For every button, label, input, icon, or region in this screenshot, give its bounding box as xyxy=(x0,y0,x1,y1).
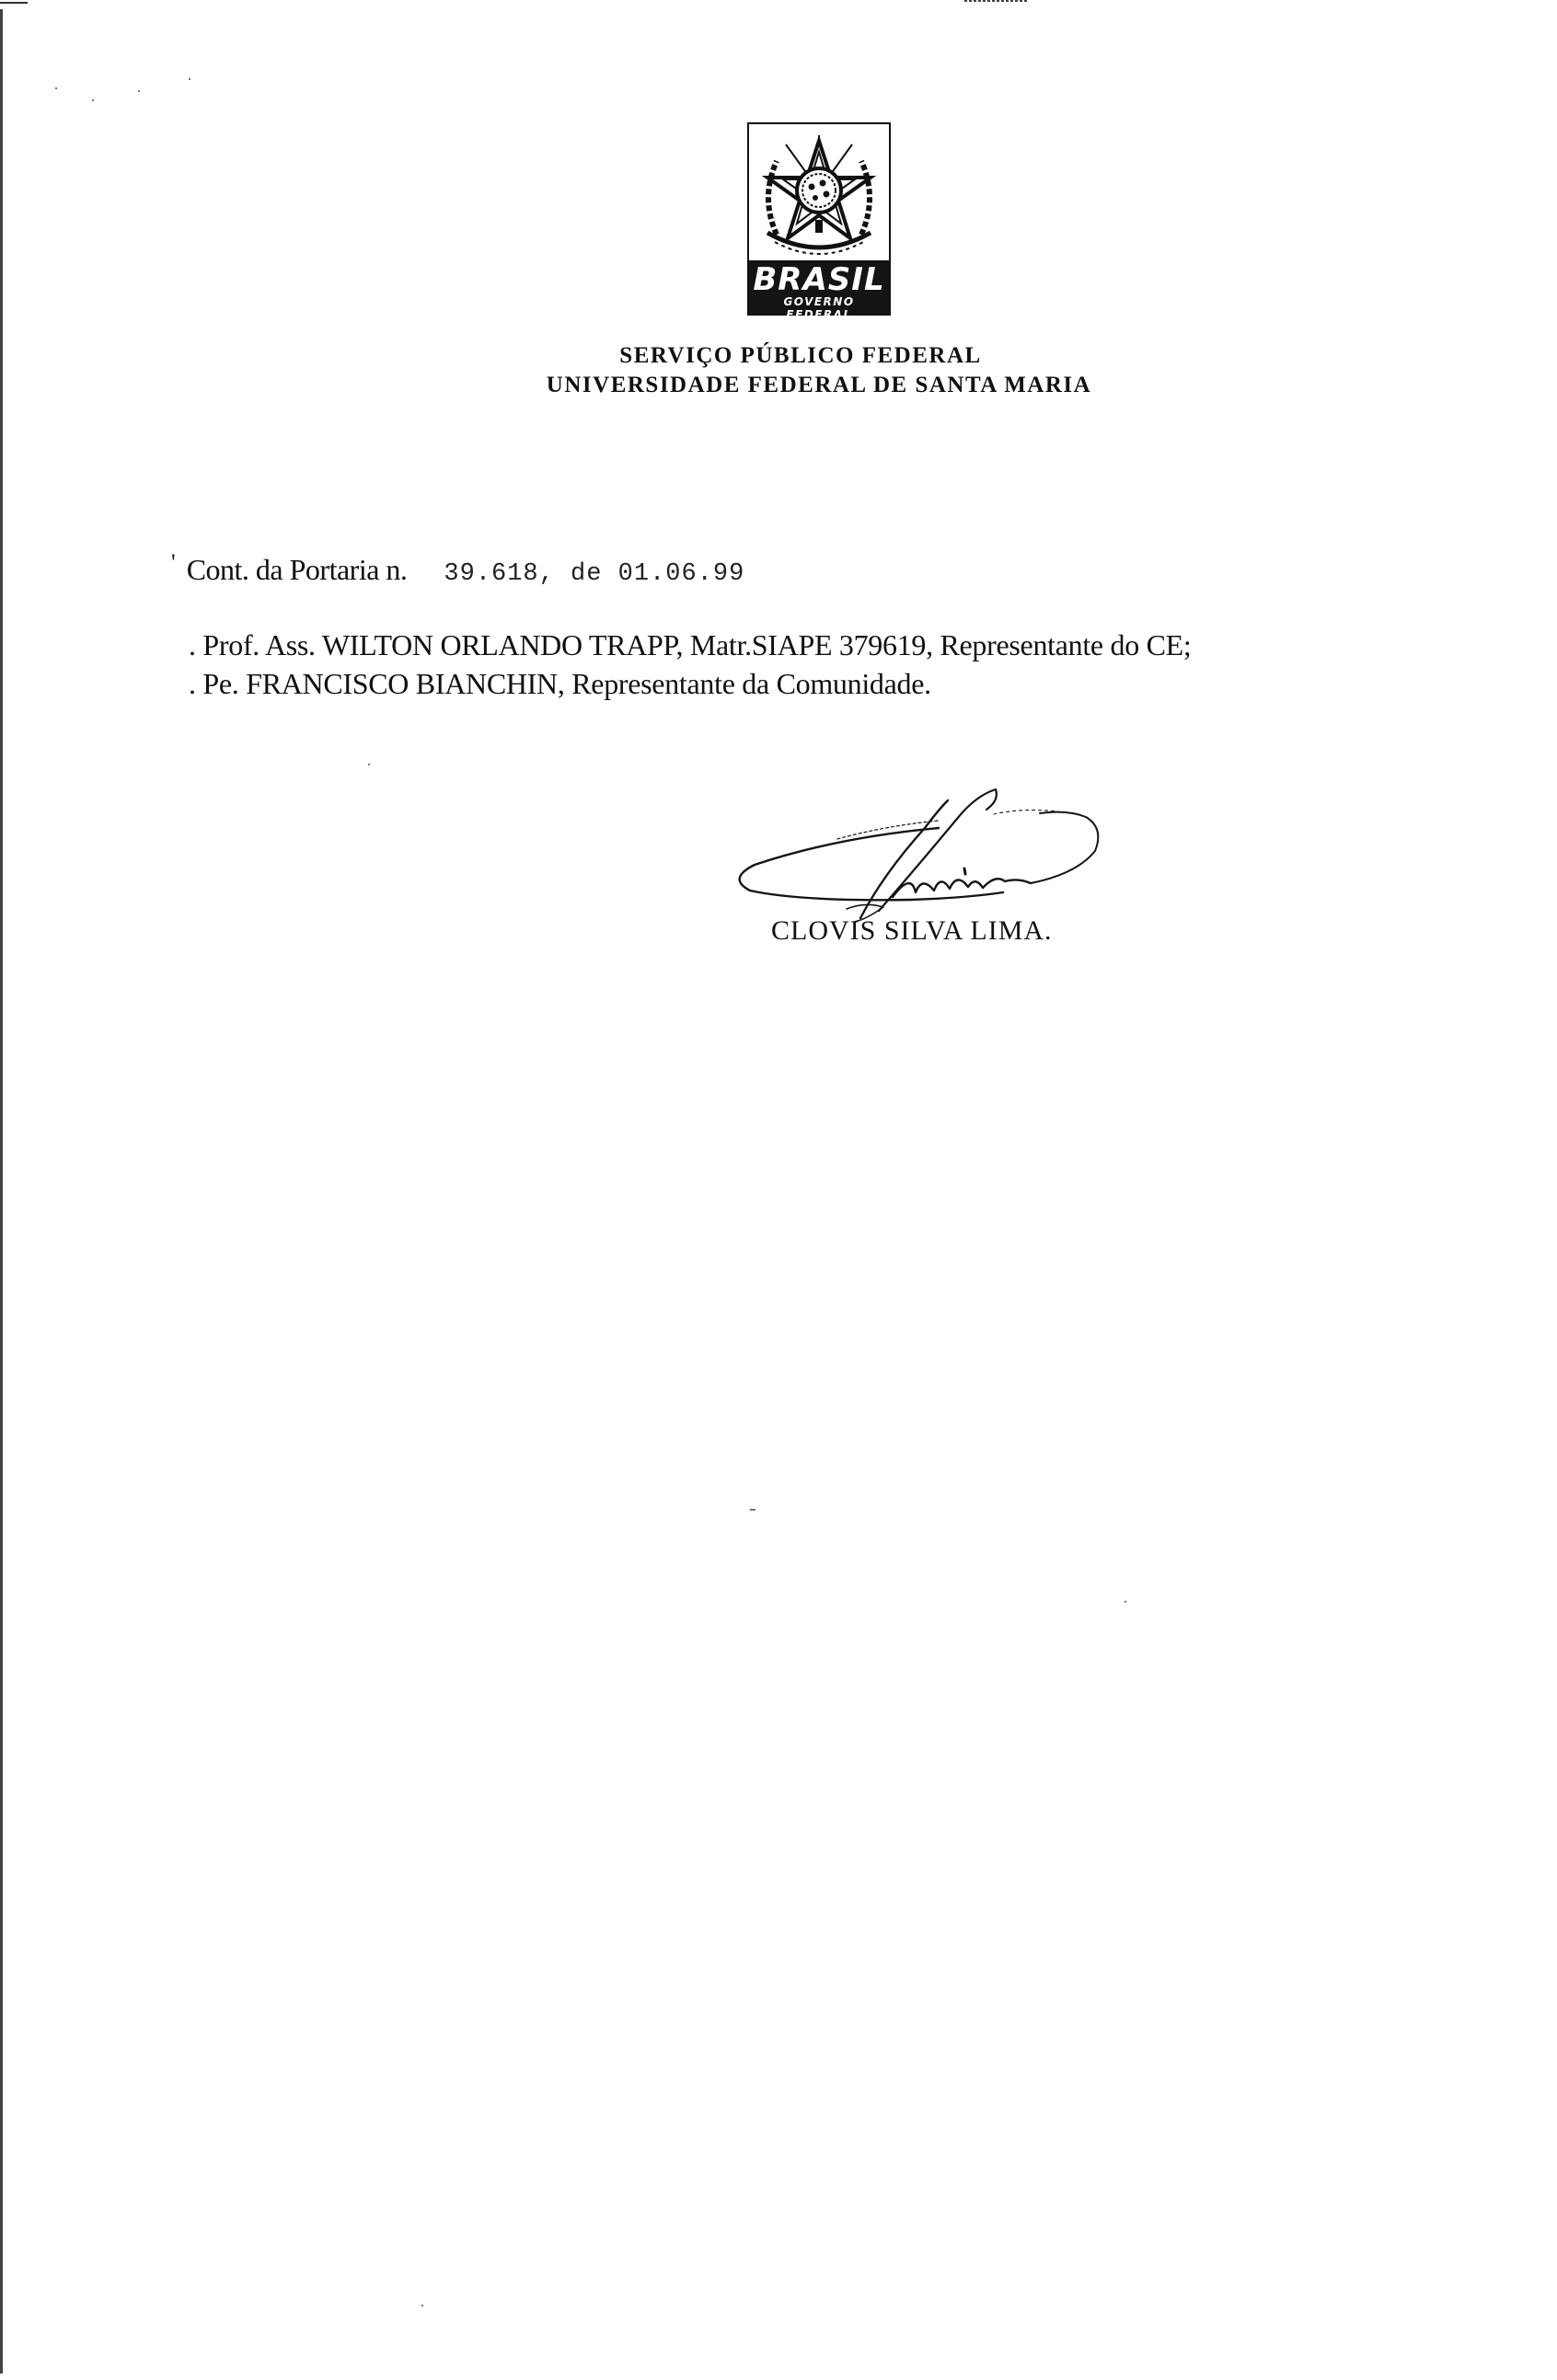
scan-speck xyxy=(1124,1601,1126,1603)
scan-speck xyxy=(92,99,94,101)
brasil-governo-federal-logo: BRASIL GOVERNO FEDERAL xyxy=(747,122,891,316)
logo-title: BRASIL xyxy=(749,260,889,295)
header-university: UNIVERSIDADE FEDERAL DE SANTA MARIA xyxy=(488,372,1150,399)
member-item: . Prof. Ass. WILTON ORLANDO TRAPP, Matr.… xyxy=(189,626,1192,664)
scan-speck xyxy=(750,1509,755,1511)
scan-edge-left xyxy=(0,9,3,2374)
scan-mark-top xyxy=(964,0,1029,2)
signer-name: CLOVIS SILVA LIMA. xyxy=(771,914,1053,948)
scan-speck xyxy=(421,2305,423,2306)
reference-tick-mark: ' xyxy=(171,545,176,581)
scan-edge-top xyxy=(0,2,28,4)
ordinance-reference: 'Cont. da Portaria n.39.618, de 01.06.99 xyxy=(171,545,744,592)
logo-subtitle: GOVERNO FEDERAL xyxy=(749,295,889,321)
scan-speck xyxy=(189,78,190,80)
ordinance-number-date: 39.618, de 01.06.99 xyxy=(444,560,744,588)
header-service: SERVIÇO PÚBLICO FEDERAL xyxy=(552,342,1049,370)
scan-speck xyxy=(368,764,370,765)
scan-speck xyxy=(55,87,57,89)
reference-label: Cont. da Portaria n. xyxy=(187,553,408,586)
logo-band: BRASIL GOVERNO FEDERAL xyxy=(749,260,889,314)
handwritten-signature xyxy=(727,773,1132,938)
scan-speck xyxy=(138,90,140,92)
members-list: . Prof. Ass. WILTON ORLANDO TRAPP, Matr.… xyxy=(189,626,1192,703)
coat-of-arms-icon xyxy=(749,124,889,260)
member-item: . Pe. FRANCISCO BIANCHIN, Representante … xyxy=(189,664,1192,703)
